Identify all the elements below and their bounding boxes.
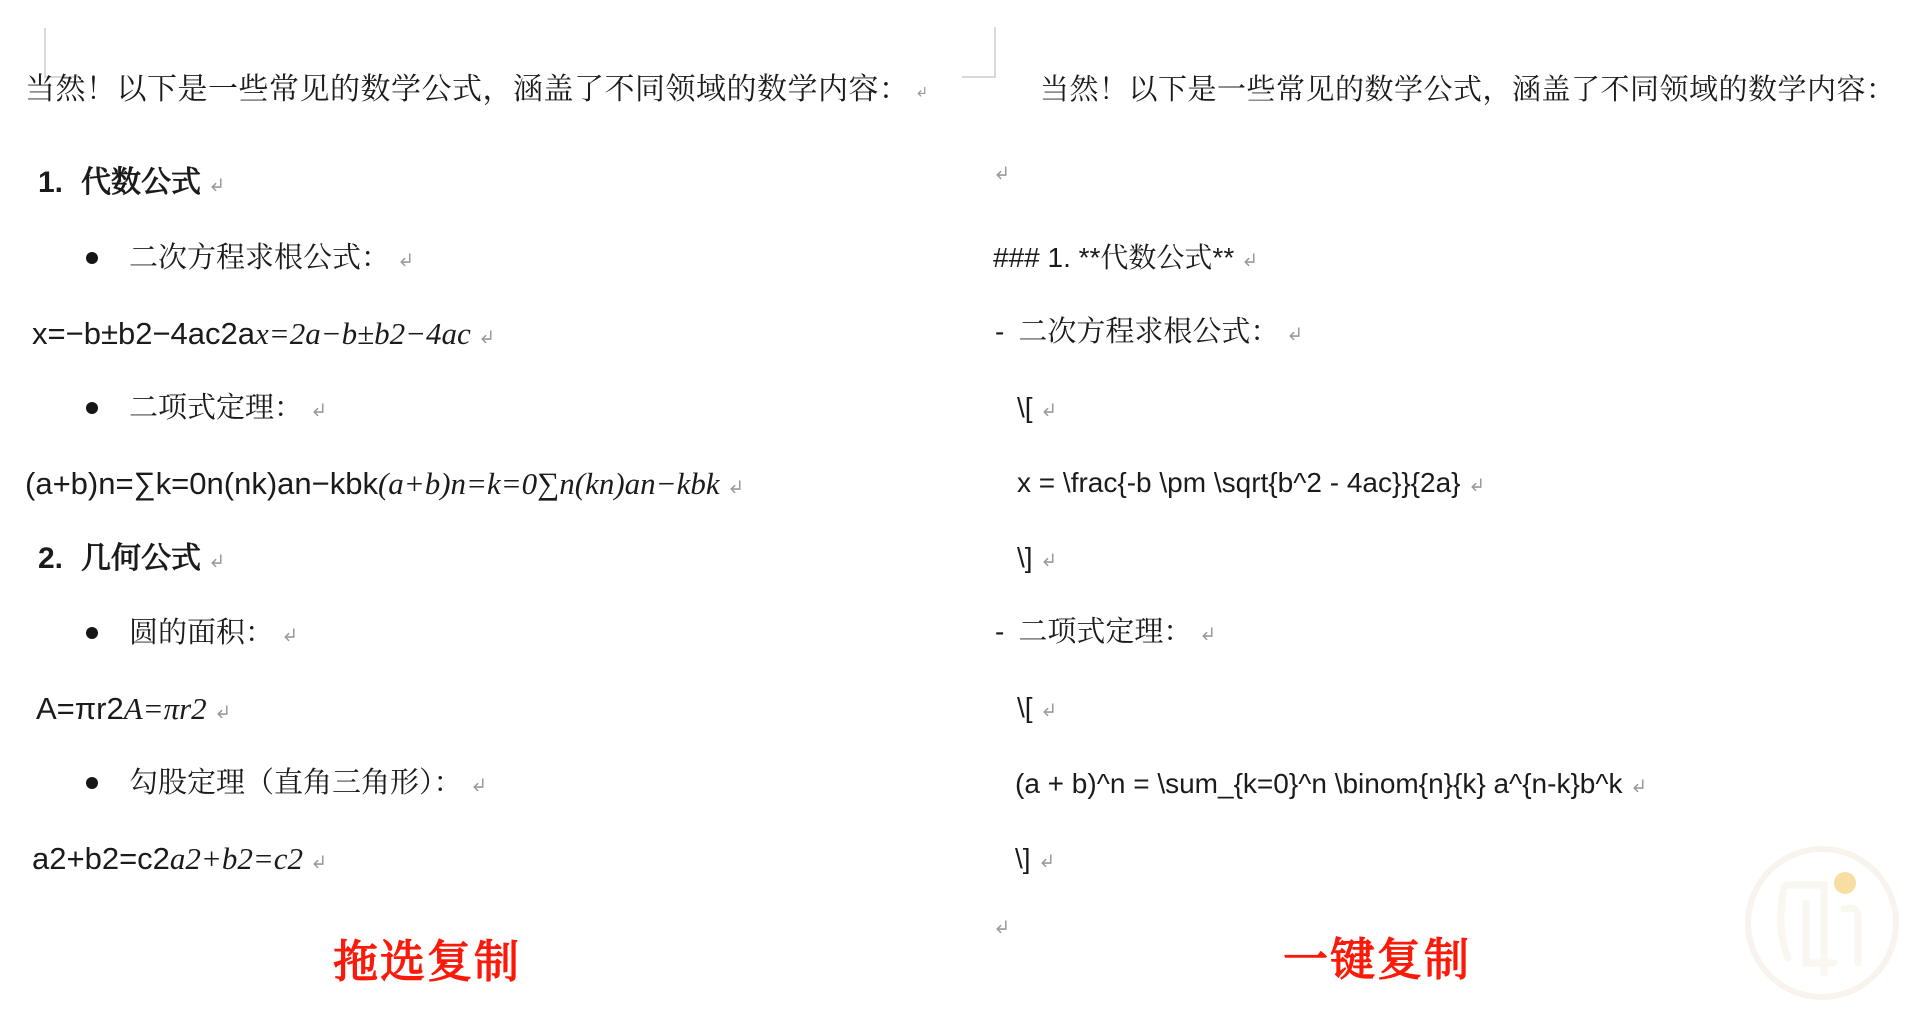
right-latex-close-1: \] [1017, 542, 1057, 573]
paragraph-mark-icon [993, 164, 1010, 181]
bullet-label: 二项式定理： [129, 392, 303, 424]
formula-italic: A=πr2 [124, 691, 207, 726]
paragraph-mark-icon [310, 401, 327, 418]
formula-plain: A=πr2 [36, 691, 124, 726]
left-intro-line: 当然！以下是一些常见的数学公式，涵盖了不同领域的数学内容： [25, 73, 928, 107]
bullet-label: 勾股定理（直角三角形）： [129, 767, 463, 799]
formula-italic: a2+b2=c2 [170, 841, 303, 876]
paragraph-mark-icon [1040, 401, 1057, 418]
paragraph-mark-icon [727, 478, 744, 495]
right-empty-paragraph [993, 164, 1010, 185]
paragraph-mark-icon [310, 853, 327, 870]
right-empty-paragraph [993, 918, 1010, 939]
bullet-label: 二项式定理： [1018, 616, 1192, 648]
latex-source-text: x = \frac{-b \pm \sqrt{b^2 - 4ac}}{2a} [1017, 467, 1461, 498]
latex-delimiter: \] [1015, 843, 1031, 874]
side-by-side-document-comparison: 当然！以下是一些常见的数学公式，涵盖了不同领域的数学内容： 1.代数公式 二次方… [0, 0, 1919, 1020]
latex-source-text: (a + b)^n = \sum_{k=0}^n \binom{n}{k} a^… [1015, 768, 1623, 799]
markdown-dash: - [995, 616, 1004, 647]
paragraph-mark-icon [1286, 325, 1303, 342]
left-heading-algebra: 1.代数公式 [38, 166, 225, 200]
paragraph-mark-icon [1040, 701, 1057, 718]
formula-plain: a2+b2=c2 [32, 841, 170, 876]
paragraph-mark-icon [1038, 852, 1055, 869]
left-bullet-quadratic: 二次方程求根公式： [86, 242, 414, 274]
paragraph-mark-icon [208, 552, 225, 569]
left-formula-pythagorean: a2+b2=c2a2+b2=c2 [32, 842, 327, 877]
bullet-dot-icon [86, 627, 98, 639]
right-latex-open-2: \[ [1017, 692, 1057, 723]
latex-delimiter: \] [1017, 542, 1033, 573]
heading-number: 2. [38, 542, 63, 575]
paragraph-mark-icon [208, 176, 225, 193]
heading-label: 代数公式 [81, 166, 201, 199]
right-latex-open-1: \[ [1017, 392, 1057, 423]
right-caption-one-click-copy: 一键复制 [1283, 935, 1471, 985]
heading-number: 1. [38, 166, 63, 199]
formula-italic: x=2a−b±b2−4ac [255, 316, 471, 351]
bullet-dot-icon [86, 252, 98, 264]
right-intro-text: 当然！以下是一些常见的数学公式，涵盖了不同领域的数学内容： [1040, 74, 1896, 106]
formula-italic: (a+b)n=k=0∑n(kn)an−kbk [378, 466, 720, 501]
paragraph-mark-icon [281, 626, 298, 643]
right-bullet-quadratic: -二次方程求根公式： [995, 316, 1303, 348]
left-caption-drag-select-copy: 拖选复制 [333, 937, 521, 987]
bullet-dot-icon [86, 402, 98, 414]
latex-delimiter: \[ [1017, 392, 1033, 423]
right-bullet-binomial: -二项式定理： [995, 616, 1216, 648]
paragraph-mark-icon [470, 776, 487, 793]
bullet-label: 二次方程求根公式： [1018, 316, 1279, 348]
bullet-label: 二次方程求根公式： [129, 242, 390, 274]
paragraph-mark-icon [1199, 625, 1216, 642]
right-latex-formula-quadratic: x = \frac{-b \pm \sqrt{b^2 - 4ac}}{2a} [1017, 467, 1485, 498]
heading-label: 几何公式 [81, 542, 201, 575]
formula-plain: (a+b)n=∑k=0n(nk)an−kbk [25, 466, 378, 501]
left-formula-binomial: (a+b)n=∑k=0n(nk)an−kbk(a+b)n=k=0∑n(kn)an… [25, 467, 744, 502]
left-bullet-binomial: 二项式定理： [86, 392, 327, 424]
text-boundary-corner-left-icon [44, 28, 79, 78]
left-formula-quadratic: x=−b±b2−4ac2ax=2a−b±b2−4ac [32, 317, 495, 352]
bullet-label: 圆的面积： [129, 617, 274, 649]
paragraph-mark-icon [478, 328, 495, 345]
paragraph-mark-icon [993, 918, 1010, 935]
right-latex-formula-binomial: (a + b)^n = \sum_{k=0}^n \binom{n}{k} a^… [1015, 768, 1647, 799]
left-bullet-circle-area: 圆的面积： [86, 617, 298, 649]
left-heading-geometry: 2.几何公式 [38, 542, 225, 576]
paragraph-mark-icon [1468, 476, 1485, 493]
right-intro-line: 当然！以下是一些常见的数学公式，涵盖了不同领域的数学内容： [1040, 74, 1896, 106]
bullet-dot-icon [86, 777, 98, 789]
formula-plain: x=−b±b2−4ac2a [32, 316, 255, 351]
left-intro-text: 当然！以下是一些常见的数学公式，涵盖了不同领域的数学内容： [25, 73, 910, 106]
paragraph-mark-icon [1241, 251, 1258, 268]
text-boundary-corner-right-icon [962, 27, 996, 78]
left-formula-circle-area: A=πr2A=πr2 [36, 692, 231, 727]
paragraph-mark-icon [1630, 777, 1647, 794]
paragraph-mark-icon [397, 251, 414, 268]
paragraph-mark-icon [1040, 551, 1057, 568]
line-wrap-mark-icon [915, 85, 928, 98]
right-markdown-heading: ### 1. **代数公式** [993, 242, 1258, 273]
markdown-dash: - [995, 316, 1004, 347]
markdown-heading-text: ### 1. **代数公式** [993, 242, 1234, 273]
right-latex-close-2: \] [1015, 843, 1055, 874]
watermark-logo [1744, 843, 1904, 1003]
paragraph-mark-icon [214, 703, 231, 720]
left-bullet-pythagorean: 勾股定理（直角三角形）： [86, 767, 487, 799]
latex-delimiter: \[ [1017, 692, 1033, 723]
